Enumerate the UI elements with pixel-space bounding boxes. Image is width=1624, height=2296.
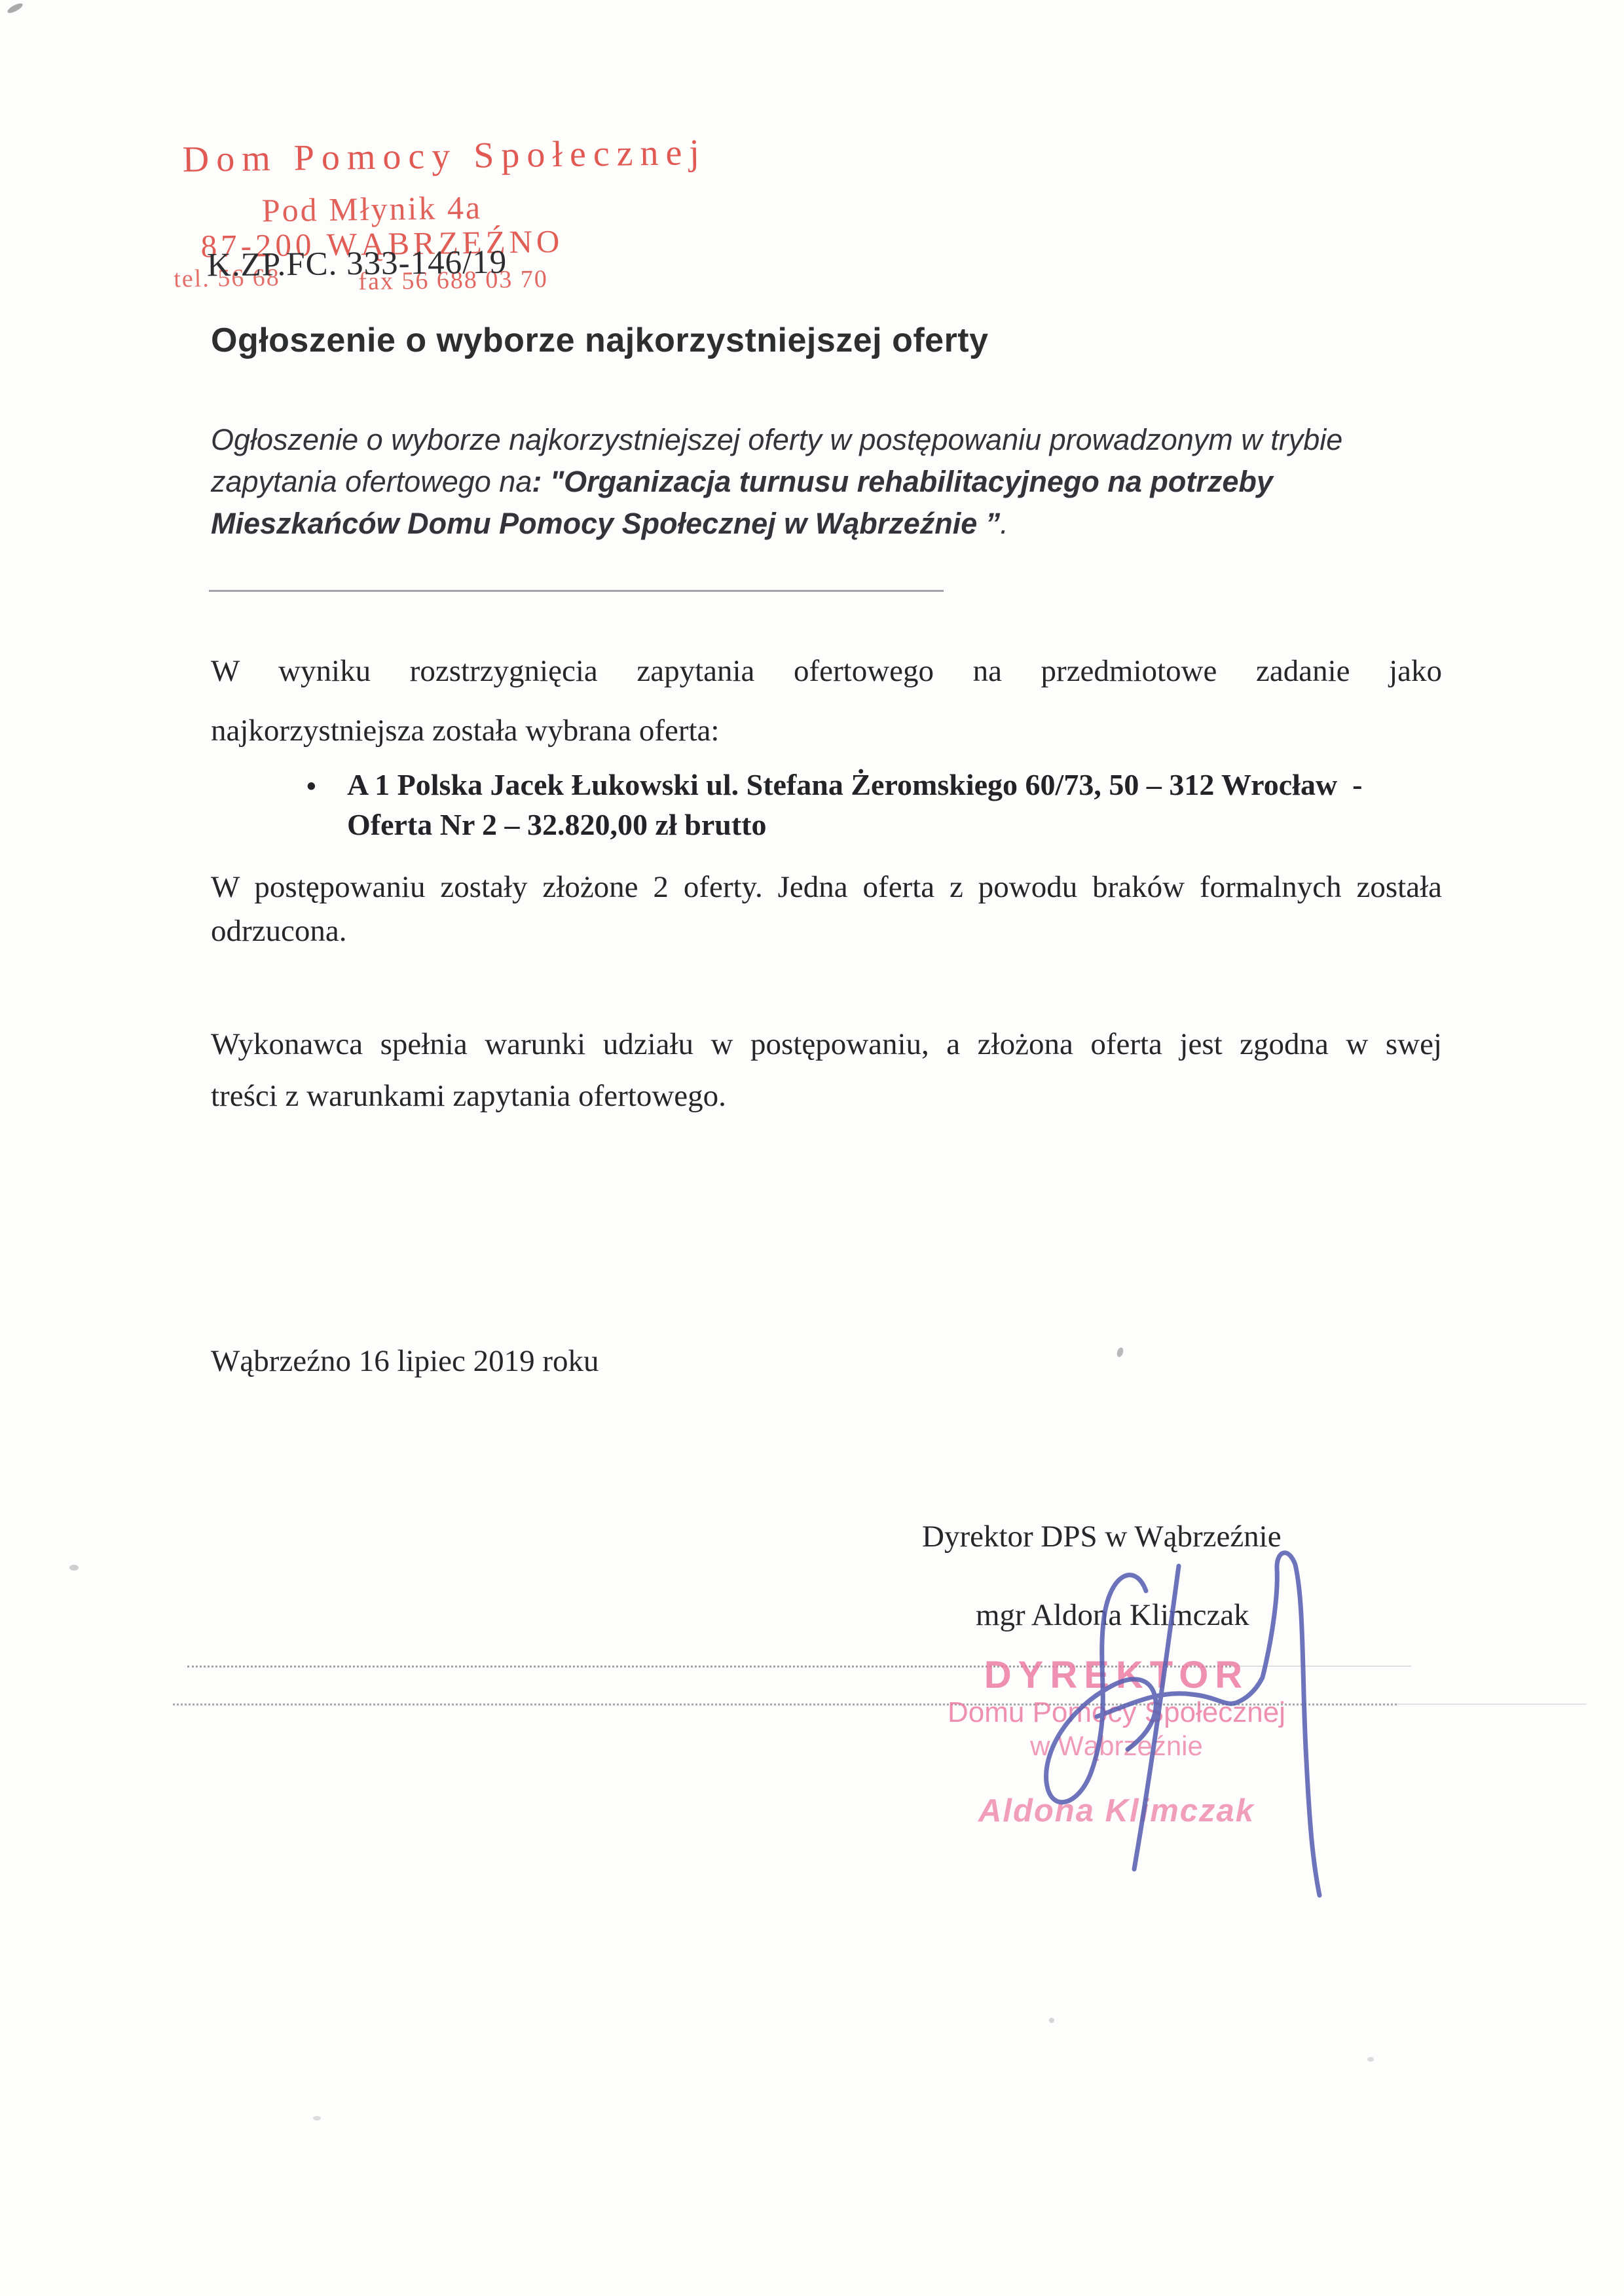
signature-dotted-line-2-faint xyxy=(1397,1704,1587,1705)
intro-paragraph: Ogłoszenie o wyborze najkorzystniejszej … xyxy=(211,419,1390,545)
scan-speck xyxy=(69,1565,79,1571)
contractor-conditions-paragraph: Wykonawca spełnia warunki udziału w post… xyxy=(211,1019,1442,1122)
intro-line-1: Ogłoszenie o wyborze najkorzystniejszej … xyxy=(211,419,1390,461)
selected-offer-text: A 1 Polska Jacek Łukowski ul. Stefana Że… xyxy=(347,765,1380,845)
offers-count-line-2: odrzucona. xyxy=(211,909,1442,953)
contractor-conditions-line-1: Wykonawca spełnia warunki udziału w post… xyxy=(211,1019,1442,1070)
handwritten-signature xyxy=(982,1539,1401,1905)
offers-count-paragraph: W postępowaniu zostały złożone 2 oferty.… xyxy=(211,866,1442,953)
result-paragraph: W wyniku rozstrzygnięcia zapytania ofert… xyxy=(211,642,1442,761)
scan-speck xyxy=(6,1,24,14)
result-paragraph-line-1: W wyniku rozstrzygnięcia zapytania ofert… xyxy=(211,642,1442,701)
intro-line-3: Mieszkańców Domu Pomocy Społecznej w Wąb… xyxy=(211,503,1390,545)
place-and-date: Wąbrzeźno 16 lipiec 2019 roku xyxy=(211,1343,599,1379)
signature-stroke-slash xyxy=(1134,1566,1179,1869)
contractor-conditions-line-2: treści z warunkami zapytania ofertowego. xyxy=(211,1070,1442,1122)
result-paragraph-line-2: najkorzystniejsza została wybrana oferta… xyxy=(211,701,1442,761)
scan-speck xyxy=(1367,2057,1374,2062)
stamp-institution-name: Dom Pomocy Społecznej xyxy=(182,132,707,181)
document-title: Ogłoszenie o wyborze najkorzystniejszej … xyxy=(211,321,989,360)
selected-offer-line-2: Oferta Nr 2 – 32.820,00 zł brutto xyxy=(347,805,1380,845)
stamp-street-line: Pod Młynik 4a xyxy=(261,189,482,230)
scan-speck xyxy=(1116,1347,1124,1358)
scan-speck xyxy=(313,2116,321,2121)
scan-speck xyxy=(1049,2018,1054,2023)
selected-offer-item: • A 1 Polska Jacek Łukowski ul. Stefana … xyxy=(306,765,1380,845)
case-reference-number: K.ZP.FC. 333-146/19 xyxy=(207,244,507,285)
scanned-document-page: Dom Pomocy Społecznej Pod Młynik 4a 87-2… xyxy=(0,0,1624,2296)
selected-offer-line-1: A 1 Polska Jacek Łukowski ul. Stefana Że… xyxy=(347,765,1380,805)
intro-line-2: zapytania ofertowego na: "Organizacja tu… xyxy=(211,461,1390,503)
signature-stroke-loop xyxy=(1046,1575,1156,1802)
offers-count-line-1: W postępowaniu zostały złożone 2 oferty.… xyxy=(211,866,1442,909)
signature-stroke-wave-and-tail xyxy=(1097,1553,1319,1895)
horizontal-divider xyxy=(209,590,944,592)
bullet-icon: • xyxy=(306,767,316,807)
